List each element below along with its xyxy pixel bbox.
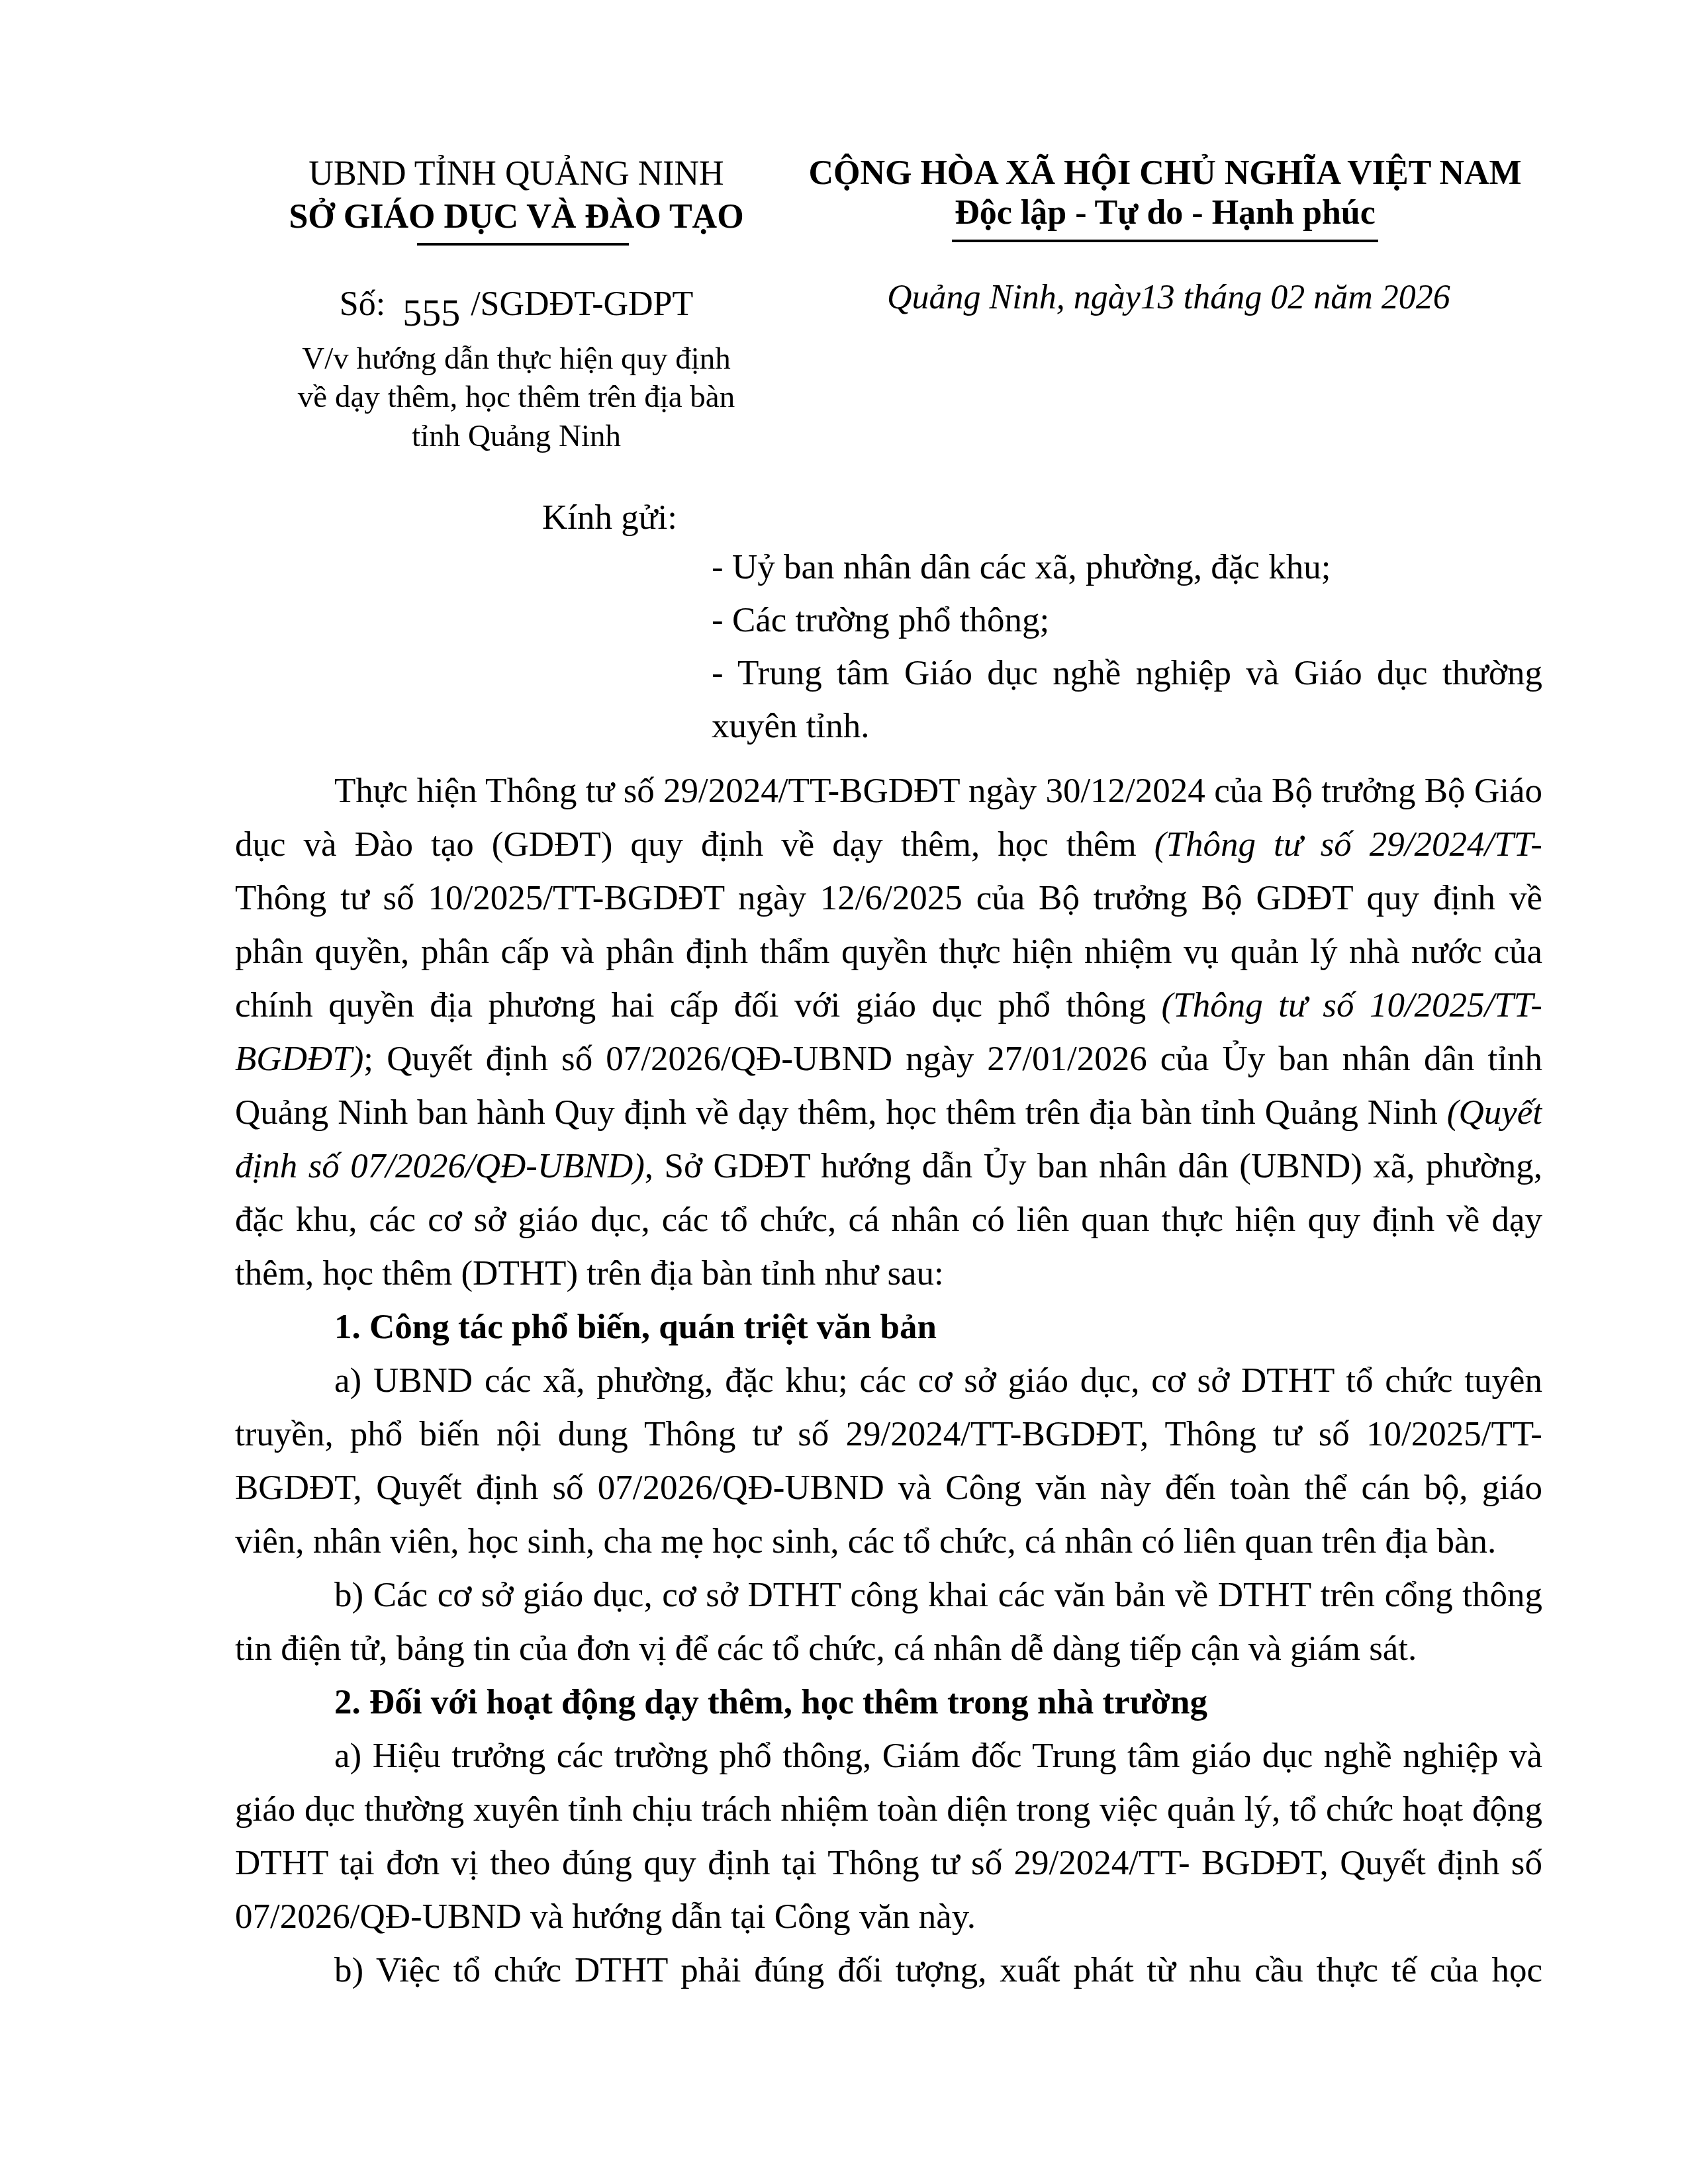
citation-italic: BGDĐT) [235, 1040, 363, 1078]
text-span: ; Quyết định số 07/2026/QĐ-UBND ngày 27/… [363, 1040, 1542, 1078]
paragraph-line: chính quyền địa phương hai cấp đối với g… [235, 985, 1542, 1025]
section-item-line: a) Hiệu trưởng các trường phổ thông, Giá… [334, 1736, 1542, 1776]
section-item-line: tin điện tử, bảng tin của đơn vị để các … [235, 1629, 1542, 1668]
agency-name: SỞ GIÁO DỤC VÀ ĐÀO TẠO [252, 197, 781, 236]
paragraph-line: đặc khu, các cơ sở giáo dục, các tổ chức… [235, 1200, 1542, 1240]
motto-underline [952, 240, 1378, 242]
text-span: Thực hiện Thông tư số 29/2024/TT-BGDĐT n… [334, 772, 1542, 810]
section-item-line: a) UBND các xã, phường, đặc khu; các cơ … [334, 1361, 1542, 1400]
subject-line-2: về dạy thêm, học thêm trên địa bàn [252, 379, 781, 415]
paragraph-line: định số 07/2026/QĐ-UBND), Sở GDĐT hướng … [235, 1146, 1542, 1186]
recipient-3: - Trung tâm Giáo dục nghề nghiệp và Giáo… [712, 653, 1542, 693]
paragraph-line: thêm, học thêm (DTHT) trên địa bàn tỉnh … [235, 1253, 1542, 1293]
subject-line-3: tỉnh Quảng Ninh [252, 418, 781, 454]
subject-line-1: V/v hướng dẫn thực hiện quy định [252, 341, 781, 377]
agency-underline [417, 243, 629, 246]
recipient-3-cont: xuyên tỉnh. [712, 706, 869, 746]
section-item-line: giáo dục thường xuyên tỉnh chịu trách nh… [235, 1790, 1542, 1829]
doc-number-prefix: Số: [340, 285, 385, 323]
date-line: Quảng Ninh, ngày13 tháng 02 năm 2026 [887, 278, 1450, 317]
paragraph-line: Quảng Ninh ban hành Quy định về dạy thêm… [235, 1093, 1542, 1132]
doc-number: Số:555/SGDĐT-GDPT [252, 280, 781, 324]
text-span: phân quyền, phân cấp và phân định thẩm q… [235, 933, 1542, 971]
doc-number-value: 555 [402, 291, 460, 334]
section-item-line: b) Việc tổ chức DTHT phải đúng đối tượng… [334, 1950, 1542, 1990]
paragraph-line: Thực hiện Thông tư số 29/2024/TT-BGDĐT n… [334, 771, 1542, 811]
paragraph-line: dục và Đào tạo (GDĐT) quy định về dạy th… [235, 825, 1542, 864]
text-span: Thông tư số 10/2025/TT-BGDĐT ngày 12/6/2… [235, 879, 1542, 917]
section-item-line: DTHT tại đơn vị theo đúng quy định tại T… [235, 1843, 1542, 1883]
recipient-1: - Uỷ ban nhân dân các xã, phường, đặc kh… [712, 547, 1331, 587]
country-name: CỘNG HÒA XÃ HỘI CHỦ NGHĨA VIỆT NAM [761, 154, 1569, 193]
section-heading-2: 2. Đối với hoạt động dạy thêm, học thêm … [334, 1682, 1542, 1722]
section-item-line: 07/2026/QĐ-UBND và hướng dẫn tại Công vă… [235, 1897, 1542, 1936]
text-span: , Sở GDĐT hướng dẫn Ủy ban nhân dân (UBN… [645, 1147, 1542, 1185]
text-span: thêm, học thêm (DTHT) trên địa bàn tỉnh … [235, 1254, 944, 1293]
paragraph-line: phân quyền, phân cấp và phân định thẩm q… [235, 932, 1542, 972]
paragraph-line: BGDĐT); Quyết định số 07/2026/QĐ-UBND ng… [235, 1039, 1542, 1079]
text-span: Quảng Ninh ban hành Quy định về dạy thêm… [235, 1093, 1447, 1132]
text-span: chính quyền địa phương hai cấp đối với g… [235, 986, 1162, 1024]
recipients-label: Kính gửi: [542, 498, 677, 537]
section-item-line: truyền, phổ biến nội dung Thông tư số 29… [235, 1414, 1542, 1454]
citation-italic: (Quyết [1447, 1093, 1542, 1132]
section-heading-1: 1. Công tác phổ biến, quán triệt văn bản [334, 1307, 1542, 1347]
citation-italic: định số 07/2026/QĐ-UBND) [235, 1147, 645, 1185]
agency-parent: UBND TỈNH QUẢNG NINH [252, 154, 781, 193]
section-item-line: BGDĐT, Quyết định số 07/2026/QĐ-UBND và … [235, 1468, 1542, 1508]
text-span: đặc khu, các cơ sở giáo dục, các tổ chức… [235, 1201, 1542, 1239]
section-item-line: b) Các cơ sở giáo dục, cơ sở DTHT công k… [334, 1575, 1542, 1615]
section-item-line: viên, nhân viên, học sinh, cha mẹ học si… [235, 1522, 1542, 1561]
paragraph-line: Thông tư số 10/2025/TT-BGDĐT ngày 12/6/2… [235, 878, 1542, 918]
text-span: dục và Đào tạo (GDĐT) quy định về dạy th… [235, 825, 1154, 864]
doc-number-suffix: /SGDĐT-GDPT [471, 285, 693, 323]
recipient-2: - Các trường phổ thông; [712, 600, 1049, 640]
national-motto: Độc lập - Tự do - Hạnh phúc [761, 193, 1569, 232]
citation-italic: (Thông tư số 10/2025/TT- [1162, 986, 1542, 1024]
